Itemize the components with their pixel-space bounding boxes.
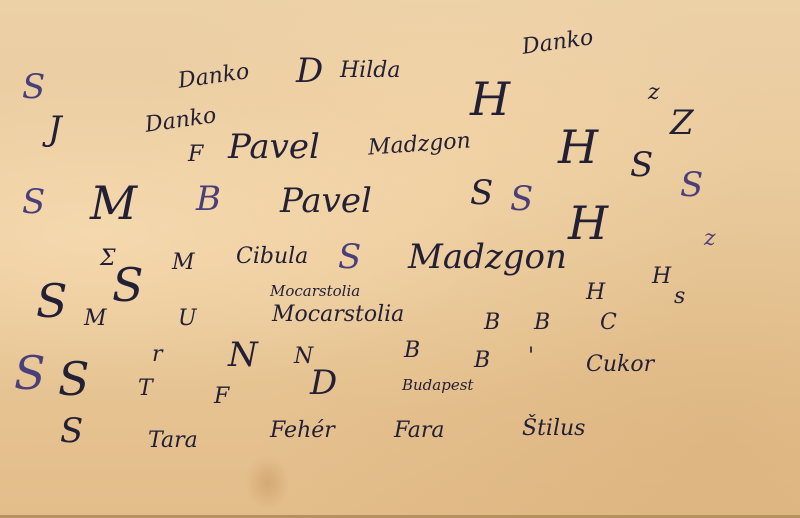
letter-s-right-2: S [680, 168, 703, 202]
letter-s-mid-2: S [510, 182, 533, 216]
letter-s-small: s [674, 286, 685, 308]
word-danko-2: Danko [144, 105, 218, 137]
letter-h-small-1: H [586, 282, 605, 304]
letter-m-small: M [172, 252, 195, 274]
letter-s-madzgon: S [338, 240, 361, 274]
word-pavel-1: Pavel [228, 130, 320, 164]
letter-h-1: H [470, 76, 510, 122]
letter-n-1: N [228, 338, 258, 372]
letter-h-small-2: H [652, 266, 671, 288]
letter-f-small: F [188, 144, 203, 166]
letter-s-mid-3: S [112, 262, 144, 308]
letter-j-left: J [48, 112, 62, 146]
letter-m-large: M [90, 180, 137, 226]
letter-t-row5: T [138, 378, 153, 400]
accent-mark: ' [528, 346, 534, 368]
letter-h-3: H [568, 200, 608, 246]
letter-m-small-2: M [84, 308, 107, 330]
word-hilda: Hilda [340, 60, 400, 82]
letter-s-left-1: S [22, 70, 45, 104]
letter-s-right-1: S [630, 148, 653, 182]
word-madzgon-2: Madzgon [408, 240, 567, 274]
letter-d-row5: D [310, 366, 337, 400]
word-danko-1: Danko [177, 61, 251, 93]
handwritten-sheet: Danko D Hilda Danko H z Z S J Danko F Pa… [0, 0, 800, 518]
letter-c-small: C [600, 312, 617, 334]
letter-z-small-1: z [648, 82, 660, 104]
letter-s-row5-2: S [58, 356, 90, 402]
word-budapest: Budapest [402, 378, 473, 393]
paper-stain [245, 455, 290, 510]
word-feher: Fehér [270, 420, 335, 442]
letter-s-big-left: S [36, 278, 68, 324]
word-pavel-2: Pavel [280, 184, 372, 218]
letter-b-small-2: B [534, 312, 550, 334]
letter-d-hilda: D [296, 54, 323, 88]
word-stilus: Štilus [522, 418, 585, 440]
letter-u-small: U [178, 308, 197, 330]
word-tara: Tara [148, 430, 198, 452]
letter-b-large: B [196, 182, 221, 216]
word-madzgon-1: Madzgon [367, 130, 471, 159]
letter-r-small: r [152, 344, 163, 366]
word-cukor: Cukor [586, 354, 654, 376]
letter-z-large: Z [670, 106, 694, 140]
word-mocarstolia-small: Mocarstolia [270, 284, 360, 299]
word-danko-top-right: Danko [521, 27, 595, 59]
letter-s-left-2: S [22, 185, 45, 219]
letter-z-small-2: z [704, 228, 716, 250]
letter-s-row5-1: S [14, 350, 46, 396]
letter-b-row5-1: B [404, 340, 420, 362]
word-mocarstolia: Mocarstolia [272, 304, 404, 326]
letter-b-small-1: B [484, 312, 500, 334]
letter-s-bottom: S [60, 414, 83, 448]
word-cibula: Cibula [236, 246, 308, 268]
word-fara: Fara [394, 420, 445, 442]
letter-h-2: H [558, 124, 598, 170]
letter-b-row5-2: B [474, 350, 490, 372]
letter-f-row5: F [214, 386, 229, 408]
letter-s-mid-1: S [470, 176, 493, 210]
